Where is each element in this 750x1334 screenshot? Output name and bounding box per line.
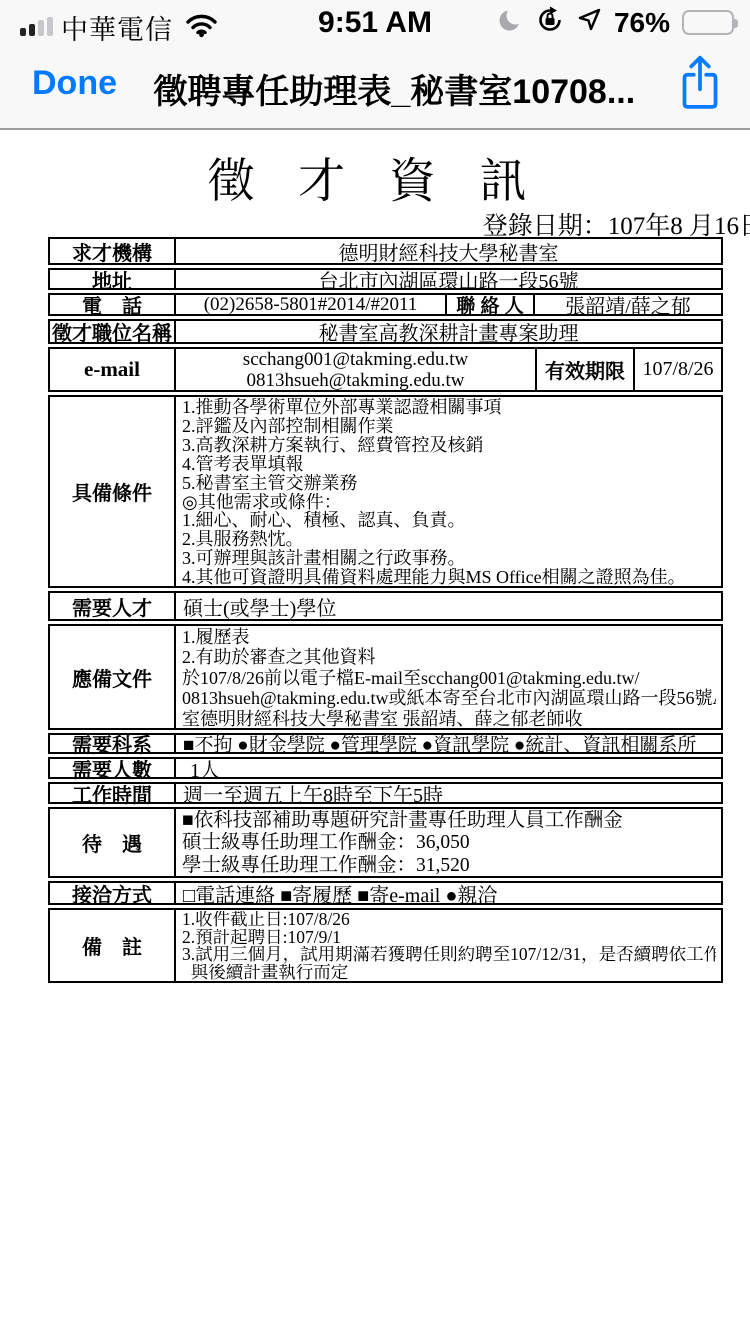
row-label: 應備文件 [50,626,174,728]
row-label: e-mail [50,349,174,390]
top-bar: 中華電信 9:51 AM [0,0,750,130]
row-label: 需要人數 [50,759,174,777]
text-line: 1.細心、耐心、積極、認真、負責。 [182,511,716,530]
row-value: 碩士(或學士)學位 [174,593,721,619]
page-title: 徵 才 資 訊 [0,144,750,211]
row-value: ■不拘 ●財金學院 ●管理學院 ●資訊學院 ●統計、資訊相關系所 [174,735,721,752]
battery-icon [682,10,734,35]
contact-label: 聯 絡 人 [445,295,533,314]
table-row-headcount: 需要人數 1人 [48,757,723,779]
document-title-label: 徵聘專任助理表_秘書室10708... [153,64,635,113]
table-row-notes: 備 註 1.收件截止日:107/8/26 2.預計起聘日:107/9/1 3.試… [48,908,723,983]
text-line: 0813hsueh@takming.edu.tw或紙本寄至台北市內湖區環山路一段… [182,688,716,708]
done-button[interactable]: Done [32,64,117,103]
text-line: 1.履歷表 [182,627,716,647]
row-label: 徵才職位名稱 [50,321,174,342]
status-bar: 中華電信 9:51 AM [0,0,750,42]
table-row-documents: 應備文件 1.履歷表 2.有助於審查之其他資料 於107/8/26前以電子檔E-… [48,624,723,730]
row-value: ■依科技部補助專題研究計畫專任助理人員工作酬金 碩士級專任助理工作酬金：36,0… [174,809,721,876]
row-label: 具備條件 [50,397,174,586]
table-row-departments: 需要科系 ■不拘 ●財金學院 ●管理學院 ●資訊學院 ●統計、資訊相關系所 [48,733,723,754]
text-line: 3.可辦理與該計畫相關之行政事務。 [182,549,716,568]
text-line: 於107/8/26前以電子檔E-mail至scchang001@takming.… [182,668,716,688]
row-value: 1人 [174,759,721,777]
do-not-disturb-moon-icon [498,7,524,38]
row-label: 備 註 [50,910,174,981]
row-label: 電 話 [50,295,174,314]
row-value: 台北市內湖區環山路一段56號 [174,270,721,288]
text-line: 3.試用三個月，試用期滿若獲聘任則約聘至107/12/31，是否續聘依工作表現 [182,946,716,964]
text-line: 4.管考表單填報 [182,455,716,474]
text-line: 2.有助於審查之其他資料 [182,647,716,667]
row-value: 1.收件截止日:107/8/26 2.預計起聘日:107/9/1 3.試用三個月… [174,910,721,981]
text-line: ■依科技部補助專題研究計畫專任助理人員工作酬金 [182,810,716,832]
text-line: 室德明財經科技大學秘書室 張韶靖、薛之郁老師收 [182,709,716,729]
document-viewer[interactable]: 徵 才 資 訊 登錄日期：107年8 月16日 求才機構 德明財經科技大學秘書室… [0,132,750,1334]
row-value: 1.履歷表 2.有助於審查之其他資料 於107/8/26前以電子檔E-mail至… [174,626,721,728]
row-value: □電話連絡 ■寄履歷 ■寄e-mail ●親洽 [174,883,721,903]
recruitment-table: 求才機構 德明財經科技大學秘書室 地址 台北市內湖區環山路一段56號 電 話 (… [48,237,723,983]
email-line: scchang001@takming.edu.tw [176,350,535,371]
location-arrow-icon [576,7,602,38]
row-label: 需要人才 [50,593,174,619]
row-value: 1.推動各學術單位外部專業認證相關事項 2.評鑑及內部控制相關作業 3.高教深耕… [174,397,721,586]
share-icon[interactable] [676,52,724,117]
row-label: 接洽方式 [50,883,174,903]
table-row-org: 求才機構 德明財經科技大學秘書室 [48,237,723,265]
row-label: 工作時間 [50,784,174,802]
row-label: 地址 [50,270,174,288]
row-value: 週一至週五上午8時至下午5時 [174,784,721,802]
row-value: 德明財經科技大學秘書室 [174,239,721,263]
table-row-qualifications: 具備條件 1.推動各學術單位外部專業認證相關事項 2.評鑑及內部控制相關作業 3… [48,395,723,588]
table-row-salary: 待 遇 ■依科技部補助專題研究計畫專任助理人員工作酬金 碩士級專任助理工作酬金：… [48,807,723,878]
row-label: 求才機構 [50,239,174,263]
text-line: 2.評鑑及內部控制相關作業 [182,417,716,436]
text-line: 碩士級專任助理工作酬金：36,050 [182,832,716,854]
row-value: 秘書室高教深耕計畫專案助理 [174,321,721,342]
text-line: 3.高教深耕方案執行、經費管控及核銷 [182,436,716,455]
phone-value: (02)2658-5801#2014/#2011 [174,295,445,314]
table-row-contact-method: 接洽方式 □電話連絡 ■寄履歷 ■寄e-mail ●親洽 [48,881,723,905]
table-row-email: e-mail scchang001@takming.edu.tw 0813hsu… [48,347,723,392]
row-label: 需要科系 [50,735,174,752]
table-row-hours: 工作時間 週一至週五上午8時至下午5時 [48,782,723,804]
email-line: 0813hsueh@takming.edu.tw [176,371,535,392]
text-line: 5.秘書室主管交辦業務 [182,474,716,493]
expiry-label: 有效期限 [535,349,633,390]
text-line: 1.推動各學術單位外部專業認證相關事項 [182,398,716,417]
text-line: 與後續計畫執行而定 [182,964,716,982]
table-row-address: 地址 台北市內湖區環山路一段56號 [48,268,723,290]
battery-percent-label: 76% [614,7,670,39]
navigation-bar: Done 徵聘專任助理表_秘書室10708... [0,42,750,128]
text-line: 2.具服務熱忱。 [182,530,716,549]
expiry-value: 107/8/26 [633,349,721,390]
text-line: ◎其他需求或條件： [182,493,716,512]
orientation-lock-icon [536,6,564,39]
text-line: 2.預計起聘日:107/9/1 [182,929,716,947]
text-line: 1.收件截止日:107/8/26 [182,911,716,929]
text-line: 4.其他可資證明具備資料處理能力與MS Office相關之證照為佳。 [182,568,716,587]
email-values: scchang001@takming.edu.tw 0813hsueh@takm… [174,349,535,390]
table-row-position: 徵才職位名稱 秘書室高教深耕計畫專案助理 [48,319,723,344]
row-label: 待 遇 [50,809,174,876]
text-line: 學士級專任助理工作酬金：31,520 [182,855,716,877]
table-row-phone: 電 話 (02)2658-5801#2014/#2011 聯 絡 人 張韶靖/薛… [48,293,723,316]
contact-value: 張韶靖/薛之郁 [533,295,721,314]
table-row-talent: 需要人才 碩士(或學士)學位 [48,591,723,621]
